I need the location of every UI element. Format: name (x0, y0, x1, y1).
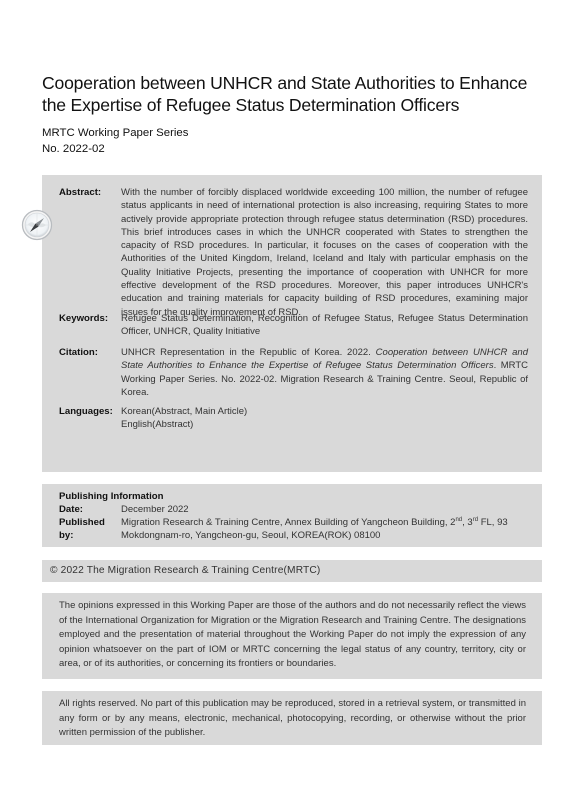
publisher-text-1: Migration Research & Training Centre, An… (121, 517, 455, 528)
publishing-info-box: Publishing Information Date: December 20… (42, 484, 542, 547)
series-number: No. 2022-02 (42, 142, 188, 158)
summary-box: Abstract: With the number of forcibly di… (42, 175, 542, 472)
disclaimer-text: The opinions expressed in this Working P… (59, 599, 526, 672)
publishing-heading: Publishing Information (59, 490, 163, 503)
date-label: Date: (59, 503, 121, 516)
compass-icon (21, 209, 53, 241)
series-info: MRTC Working Paper Series No. 2022-02 (42, 126, 188, 157)
language-line-2: English(Abstract) (121, 418, 528, 431)
abstract-label: Abstract: (59, 186, 121, 199)
paper-title: Cooperation between UNHCR and State Auth… (42, 72, 542, 116)
disclaimer-box: The opinions expressed in this Working P… (42, 593, 542, 679)
citation-prefix: UNHCR Representation in the Republic of … (121, 347, 376, 358)
languages-label: Languages: (59, 405, 121, 418)
language-line-1: Korean(Abstract, Main Article) (121, 405, 528, 418)
publisher-text-2: , 3 (462, 517, 473, 528)
keywords-text: Refugee Status Determination, Recognitio… (121, 312, 528, 339)
citation-label: Citation: (59, 346, 121, 359)
rights-box: All rights reserved. No part of this pub… (42, 691, 542, 745)
languages-text: Korean(Abstract, Main Article) English(A… (121, 405, 528, 432)
publisher-label: Published by: (59, 516, 121, 542)
citation-text: UNHCR Representation in the Republic of … (121, 346, 528, 399)
rights-text: All rights reserved. No part of this pub… (59, 697, 526, 741)
publisher-value: Migration Research & Training Centre, An… (121, 516, 533, 542)
keywords-label: Keywords: (59, 312, 121, 325)
copyright-text: © 2022 The Migration Research & Training… (50, 564, 320, 578)
abstract-text: With the number of forcibly displaced wo… (121, 186, 528, 319)
copyright-box: © 2022 The Migration Research & Training… (42, 560, 542, 582)
date-value: December 2022 (121, 503, 533, 516)
series-name: MRTC Working Paper Series (42, 126, 188, 142)
